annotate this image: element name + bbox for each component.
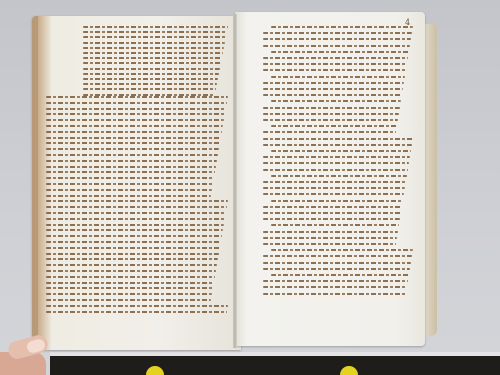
handwriting-line <box>46 137 221 139</box>
handwriting-line <box>271 175 407 177</box>
handwriting-line <box>46 189 212 191</box>
handwriting-line <box>263 193 404 195</box>
handwriting-line <box>271 100 401 102</box>
handwriting-line <box>263 187 405 189</box>
handwriting-line <box>46 183 213 185</box>
handwriting-line <box>46 142 220 144</box>
handwriting-line <box>83 83 217 85</box>
handwriting-line <box>263 113 399 115</box>
handwriting-line <box>271 200 403 202</box>
handwriting-line <box>46 218 225 220</box>
handwriting-line <box>83 36 226 38</box>
handwriting-line <box>46 108 226 110</box>
handwriting-line <box>46 287 213 289</box>
handwriting-line <box>263 206 402 208</box>
handwriting-line <box>263 63 407 65</box>
handwriting-line <box>263 243 396 245</box>
handwriting-line <box>83 62 221 64</box>
handwriting-line <box>46 270 216 272</box>
handwriting-line <box>263 218 400 220</box>
handwriting-line <box>46 247 220 249</box>
handwriting-line <box>46 200 228 202</box>
handwriting-line <box>46 171 215 173</box>
handwriting-line <box>263 82 404 84</box>
dark-floor <box>50 356 500 375</box>
handwriting-line <box>263 32 412 34</box>
handwriting-line <box>83 42 225 44</box>
handwriting-line <box>271 76 405 78</box>
handwriting-line <box>263 212 401 214</box>
handwriting-line <box>263 231 398 233</box>
handwriting-line <box>46 264 217 266</box>
handwriting-line <box>46 96 228 98</box>
handwriting-line <box>271 224 399 226</box>
handwriting-line <box>263 45 410 47</box>
handwriting-line <box>46 224 224 226</box>
handwriting-line <box>46 148 219 150</box>
handwriting-line <box>46 235 222 237</box>
handwriting-line <box>271 26 413 28</box>
handwriting-line <box>46 241 221 243</box>
handwriting-line <box>263 268 410 270</box>
handwriting-line <box>83 78 218 80</box>
handwriting-line <box>263 181 406 183</box>
handwriting-line <box>271 51 409 53</box>
handwriting-line <box>46 131 222 133</box>
handwriting-line <box>271 274 409 276</box>
handwriting-line <box>263 94 402 96</box>
handwriting-line <box>263 255 412 257</box>
manuscript-book: 4 <box>30 10 440 350</box>
handwriting-line <box>263 262 411 264</box>
page-edges <box>423 24 437 336</box>
handwriting-line <box>263 293 406 295</box>
handwriting-line <box>46 195 211 197</box>
handwriting-line <box>46 276 215 278</box>
handwriting-line <box>46 282 214 284</box>
handwriting-line <box>263 69 406 71</box>
handwriting-line <box>46 258 218 260</box>
handwriting-line <box>263 88 403 90</box>
handwriting-line <box>263 156 410 158</box>
handwriting-line <box>263 286 407 288</box>
handwriting-line <box>263 138 413 140</box>
handwriting-line <box>271 249 413 251</box>
handwriting-line <box>271 150 411 152</box>
handwriting-line <box>263 57 408 59</box>
left-page <box>32 16 241 350</box>
handwriting-line <box>46 253 219 255</box>
handwriting-line <box>46 113 225 115</box>
handwriting-line <box>46 154 218 156</box>
photo-scene: 4 Open handwritten manuscript book with … <box>0 0 500 375</box>
handwriting-line <box>263 280 408 282</box>
handwriting-line <box>263 169 408 171</box>
handwriting-line <box>263 131 396 133</box>
handwriting-line <box>83 47 224 49</box>
handwriting-line <box>46 166 216 168</box>
handwriting-line <box>46 299 211 301</box>
handwriting-line <box>46 125 223 127</box>
handwriting-line <box>263 162 409 164</box>
handwriting-line <box>46 311 227 313</box>
handwriting-line <box>46 305 228 307</box>
handwriting-line <box>46 229 223 231</box>
handwriting-line <box>263 144 412 146</box>
handwriting-line <box>263 38 411 40</box>
right-page: 4 <box>235 12 425 346</box>
handwriting-line <box>83 68 220 70</box>
handwriting-line <box>271 125 397 127</box>
handwriting-line <box>46 119 224 121</box>
handwriting-line <box>46 177 214 179</box>
handwriting-line <box>83 57 222 59</box>
handwriting-line <box>83 73 219 75</box>
handwriting-line <box>83 31 227 33</box>
handwriting-line <box>46 212 226 214</box>
handwriting-line <box>83 26 228 28</box>
handwriting-line <box>46 206 227 208</box>
handwriting-line <box>263 237 397 239</box>
book-gutter <box>233 14 237 348</box>
handwriting-line <box>83 52 223 54</box>
handwriting-line <box>263 107 400 109</box>
handwriting-line <box>46 160 217 162</box>
handwriting-line <box>46 102 227 104</box>
handwriting-line <box>83 88 216 90</box>
handwriting-line <box>46 293 212 295</box>
handwriting-line <box>263 119 398 121</box>
